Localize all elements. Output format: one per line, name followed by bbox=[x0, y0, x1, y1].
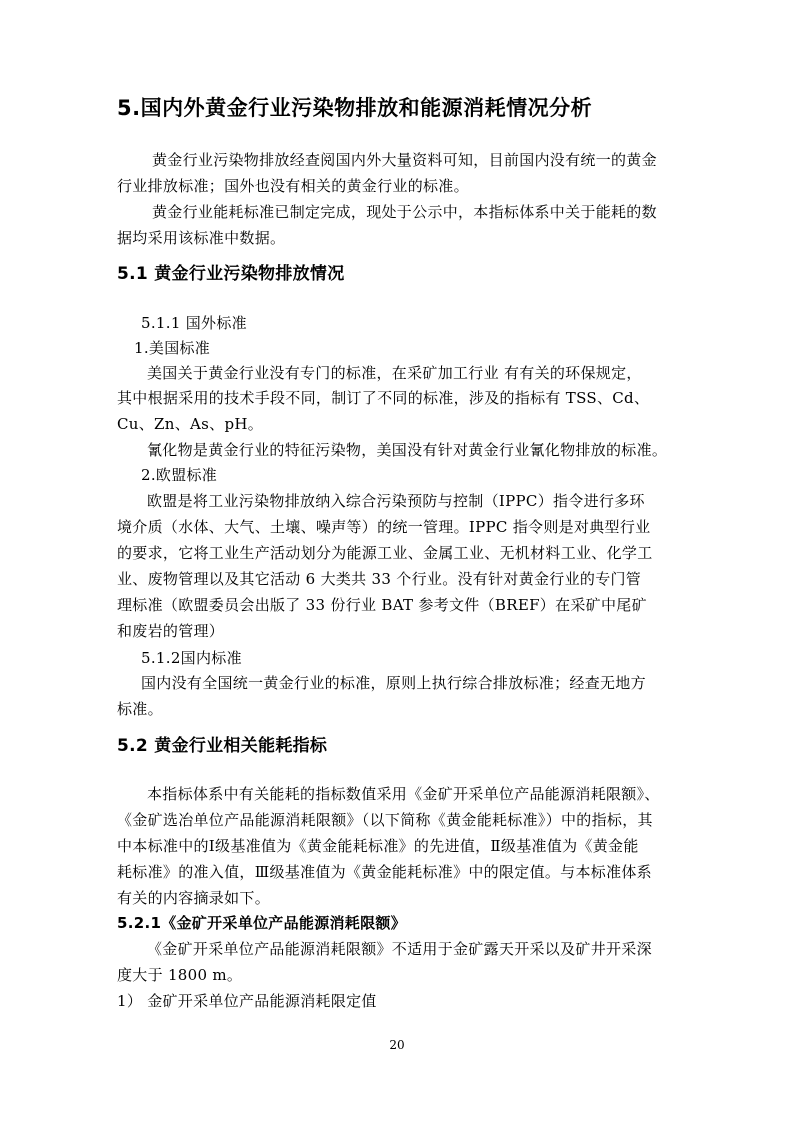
intro-line: 据均采用该标准中数据。 bbox=[117, 228, 285, 248]
eu-line: 欧盟是将工业污染物排放纳入综合污染预防与控制（IPPC）指令进行多环 bbox=[147, 491, 645, 511]
eu-line: 境介质（水体、大气、土壤、噪声等）的统一管理。IPPC 指令则是对典型行业 bbox=[117, 517, 650, 537]
energy-line: 耗标准》的准入值，Ⅲ级基准值为《黄金能耗标准》中的限定值。与本标准体系 bbox=[117, 862, 652, 882]
eu-standard-title: 2.欧盟标准 bbox=[141, 465, 217, 485]
us-line: Cu、Zn、As、pH。 bbox=[117, 414, 263, 434]
eu-line: 和废岩的管理） bbox=[117, 621, 224, 641]
eu-line: 业、废物管理以及其它活动 6 大类共 33 个行业。没有针对黄金行业的专门管 bbox=[117, 569, 641, 589]
section-5-1-title: 5.1 黄金行业污染物排放情况 bbox=[117, 262, 345, 286]
us-line: 美国关于黄金行业没有专门的标准，在采矿加工行业 有有关的环保规定， bbox=[147, 363, 642, 383]
us-line: 其中根据采用的技术手段不同，制订了不同的标准，涉及的指标有 TSS、Cd、 bbox=[117, 388, 649, 408]
subsection-5-2-1: 5.2.1《金矿开采单位产品能源消耗限额》 bbox=[117, 913, 406, 933]
list-item-1: 1） 金矿开采单位产品能源消耗限定值 bbox=[117, 991, 377, 1011]
energy-line: 《金矿选冶单位产品能源消耗限额》（以下简称《黄金能耗标准》）中的指标，其 bbox=[117, 810, 653, 830]
main-heading: 5.国内外黄金行业污染物排放和能源消耗情况分析 bbox=[117, 94, 592, 122]
us-standard-title: 1.美国标准 bbox=[134, 338, 210, 358]
energy-line: 本指标体系中有关能耗的指标数值采用《金矿开采单位产品能源消耗限额》、 bbox=[147, 784, 660, 804]
energy-line: 有关的内容摘录如下。 bbox=[117, 888, 270, 908]
domestic-line: 国内没有全国统一黄金行业的标准，原则上执行综合排放标准；经查无地方 bbox=[141, 673, 646, 693]
eu-line: 理标准（欧盟委员会出版了 33 份行业 BAT 参考文件（BREF）在采矿中尾矿 bbox=[117, 595, 647, 615]
intro-line: 行业排放标准；国外也没有相关的黄金行业的标准。 bbox=[117, 176, 469, 196]
mining-line: 度大于 1800 m。 bbox=[117, 965, 242, 985]
subsection-5-1-2: 5.1.2国内标准 bbox=[141, 648, 242, 668]
document-page: 5.国内外黄金行业污染物排放和能源消耗情况分析 黄金行业污染物排放经查阅国内外大… bbox=[0, 0, 794, 1123]
section-5-2-title: 5.2 黄金行业相关能耗指标 bbox=[117, 734, 327, 758]
mining-line: 《金矿开采单位产品能源消耗限额》不适用于金矿露天开采以及矿井开采深 bbox=[147, 939, 652, 959]
page-number: 20 bbox=[0, 1038, 794, 1052]
energy-line: 中本标准中的Ⅰ级基准值为《黄金能耗标准》的先进值，Ⅱ级基准值为《黄金能 bbox=[117, 836, 639, 856]
intro-line: 黄金行业能耗标准已制定完成，现处于公示中，本指标体系中关于能耗的数 bbox=[152, 202, 657, 222]
intro-line: 黄金行业污染物排放经查阅国内外大量资料可知，目前国内没有统一的黄金 bbox=[152, 150, 657, 170]
eu-line: 的要求，它将工业生产活动划分为能源工业、金属工业、无机材料工业、化学工 bbox=[117, 543, 653, 563]
us-line: 氰化物是黄金行业的特征污染物，美国没有针对黄金行业氰化物排放的标准。 bbox=[147, 440, 667, 460]
subsection-5-1-1: 5.1.1 国外标准 bbox=[141, 313, 247, 333]
domestic-line: 标准。 bbox=[117, 699, 163, 719]
